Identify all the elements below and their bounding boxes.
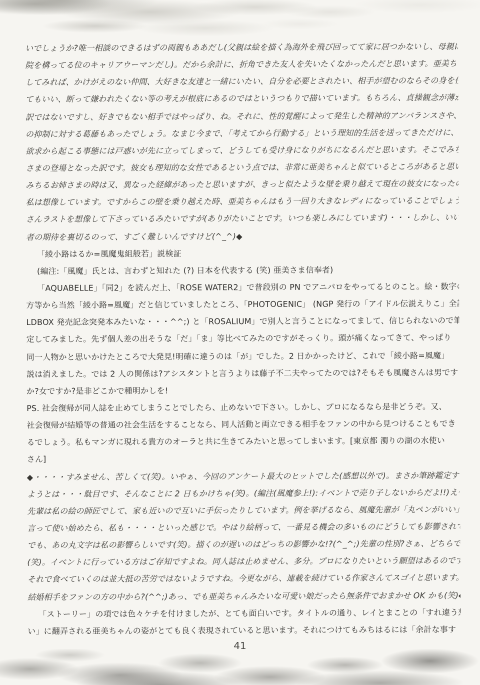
text-line: るでしょう。私もマンガに現れる貴方のオーラと共に生きてみたいと思ってしまいます。… bbox=[27, 432, 460, 451]
text-line: LDBOX 発売記念突発本みたいな・・・^^;) と「ROSALIUM」で別人と… bbox=[26, 312, 459, 331]
text-line: ・ 「綾小路はるか=風魔鬼組般若」説検証 bbox=[26, 244, 459, 263]
text-line: ・ 「ストーリー」の項では色々ケチを付けましたが、とても面白いです。タイトルの通… bbox=[27, 604, 460, 623]
text-line: (笑)。イベントに行っている方はご存知ですよね。同人誌は止めません、多分。プロに… bbox=[27, 552, 460, 571]
text-line: いでしょうか?唯一相談のできるはずの両親もああだし(父親は絵を描く為海外を飛び回… bbox=[25, 38, 458, 57]
text-line: 「AQUABELLE」「同2」を読んだ上、「ROSE WATER2」で普段別の … bbox=[26, 278, 459, 297]
text-line: PS. 社会復帰が同人誌を止めてしまうことでしたら、止めないで下さい。しかし、プ… bbox=[27, 398, 460, 417]
text-line: 欲求から起こる事態には戸惑いが先に立ってしまって、どうしても受け身になりがちにな… bbox=[25, 141, 458, 160]
bullet-marker: ・ bbox=[26, 246, 28, 263]
text-line: 院を構ってる位のキャリアウーマンだし)。だから余計に、折角できた友人を失いたくな… bbox=[25, 55, 458, 74]
text-line: 者の期待を裏切るのって、すごく難しいんですけど(^_^)◆ bbox=[26, 227, 459, 246]
page-number: 41 bbox=[0, 641, 480, 652]
text-line: 言って使い始めたら、私も・・・・といった感じで。やはり絵柄って、一番見る機会の多… bbox=[27, 518, 460, 537]
text-line: さんラストを想像して下さっているみたいですが(ありがたいことです。いつも楽しみに… bbox=[26, 210, 459, 229]
text-line: 先輩は私の絵の師匠でして、家も近いので互いに手伝ったりしています。例を挙げるなら… bbox=[27, 501, 460, 520]
text-line: (編注:「風魔」氏とは、言わずと知れた (?) 日本を代表する (笑) 亜美さま… bbox=[26, 261, 459, 280]
page-text: いでしょうか?唯一相談のできるはずの両親もああだし(父親は絵を描く為海外を飛び回… bbox=[25, 38, 461, 640]
text-line: 同一人物かと思いかけたところで大発見!明確に違うのは「が」でした。2 日かかった… bbox=[26, 347, 459, 366]
text-line: でも、あの丸文字は私の影響らしいです(笑)。描くのが遅いのはどっちの影響かな!?… bbox=[27, 535, 460, 554]
text-line: 社会復帰が結婚等の普通の社会生活をすることなら、同人活動と両立できる相手をファン… bbox=[27, 415, 460, 434]
text-line: 私は想像しています。ですからこの壁を乗り越えた時、亜美ちゃんはもう一回り大きなレ… bbox=[26, 192, 459, 211]
bullet-marker: ・ bbox=[27, 606, 29, 623]
text-line: みちるお姉さまの時は又、異なった経緯があったと思いますが、きっと似たような壁を乗… bbox=[26, 175, 459, 194]
text-line: 方等から当然「綾小路=風魔」だと信じていましたところ、「PHOTOGENIC」 … bbox=[26, 295, 459, 314]
scan-noise-bottom bbox=[0, 649, 480, 685]
text-line: い」に翻弄される亜美ちゃんの姿がとても良く表現されていると思います。それにつけて… bbox=[28, 621, 461, 640]
scanned-page: いでしょうか?唯一相談のできるはずの両親もああだし(父親は絵を描く為海外を飛び回… bbox=[0, 0, 480, 685]
text-line: てもいい、断って嫌われたくない等の考えが根底にあるのではというつもりで描いていま… bbox=[25, 90, 458, 109]
text-line: ようとは・・・駄目です、そんなことに 2 日もかけちゃ(笑)。(編注(風魔参上!… bbox=[27, 484, 460, 503]
text-line: さまの登場となった訳です。彼女も理知的な女性であるという点では、非常に亜美ちゃん… bbox=[26, 158, 459, 177]
text-line: さん] bbox=[27, 449, 460, 468]
text-line: の抑制に対する葛藤もあったでしょう。なまじ今まで、「考えてから行動する」という理… bbox=[25, 124, 458, 143]
text-line: 説は消えました。では 2 人の関係は?アシスタントと言うよりは藤子不二夫やってた… bbox=[26, 364, 459, 383]
text-line: 定してみました。先ず個人差の出そうな「だ」「ま」等比べてみたのですがそっくり。頭… bbox=[26, 329, 459, 348]
text-line: 結婚相手をファンの方の中から?(^^;)あっ、でも亜美ちゃんみたいな可愛い娘だっ… bbox=[27, 587, 460, 606]
text-line: 訳ではないですし、好きでもない相手ではやっぱり、ね。それに、性的覚醒によって発生… bbox=[25, 107, 458, 126]
text-line: か?女ですか?是非どこかで種明かしを! bbox=[26, 381, 459, 400]
text-line: ◆・・・・すみません、苦しくて(笑)。いやぁ、今回のアンケート最大のヒットでした… bbox=[27, 467, 460, 486]
text-line: それで食べていくのは並大抵の苦労ではないようですね。今更ながら、連載を続けている… bbox=[27, 569, 460, 588]
text-line: してみれば、かけがえのない仲間、大好きな友達と一緒にいたい、自分を必要とされたい… bbox=[25, 72, 458, 91]
